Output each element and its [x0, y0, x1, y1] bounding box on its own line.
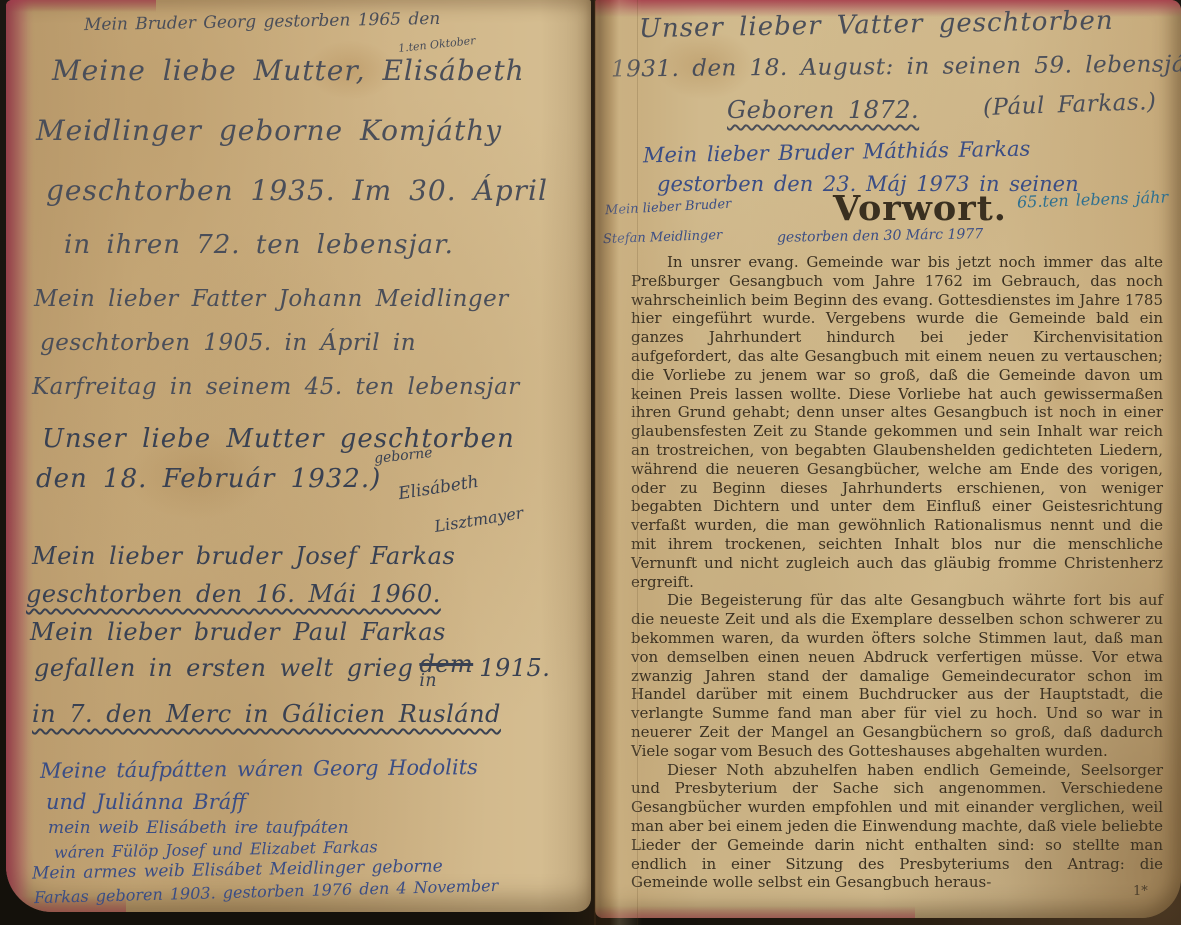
entry-godparents-line-2: und Juliánna Bráff	[46, 790, 246, 814]
entry-vatter-line-2: 1931. den 18. August: in seinen 59. lebe…	[611, 51, 1181, 82]
entry-mother2-note-3: Lisztmayer	[433, 503, 525, 536]
entry-mother2-line-2: den 18. Február 1932.)	[36, 464, 381, 494]
entry-mathias-line-2: gestorben den 23. Máj 1973 in seinen	[657, 172, 1079, 196]
red-page-edge-left	[6, 0, 34, 912]
entry-paul-line-1: Mein lieber bruder Paul Farkas	[30, 618, 446, 646]
ww1-post: 1915.	[479, 654, 550, 682]
red-page-edge-top-left	[6, 0, 156, 12]
entry-stefan-line-3: gestorben den 30 Márc 1977	[777, 226, 983, 246]
entry-mother2-line-1: Unser liebe Mutter geschtorben	[42, 424, 515, 454]
entry-vatter-line-3: Geboren 1872.	[727, 96, 919, 124]
ww1-pre: gefallen in ersten welt grieg	[34, 654, 413, 682]
entry-godparents-line-3: mein weib Elisábeth ire taufpáten	[48, 818, 349, 838]
entry-paul-ww1: gefallen in ersten welt griegdemin1915.	[34, 654, 550, 689]
gutter-crease	[594, 0, 596, 925]
entry-josef-line-2: geschtorben den 16. Mái 1960.	[26, 580, 441, 608]
entry-mathias-line-1: Mein lieber Bruder Máthiás Farkas	[643, 137, 1031, 168]
foreword-paragraph-3: Dieser Noth abzuhelfen haben endlich Gem…	[631, 761, 1163, 893]
gutter-crease-2	[637, 0, 638, 925]
entry-paul-ww1-line-2: in 7. den Merc in Gálicien Ruslánd	[32, 700, 501, 728]
signature-mark: 1*	[1133, 884, 1148, 899]
entry-father-line-2: geschtorben 1905. in Ápril in	[40, 330, 416, 356]
entry-georg-date-annotation: 1.ten Oktober	[398, 34, 476, 55]
entry-josef-line-1: Mein lieber bruder Josef Farkas	[32, 542, 455, 570]
right-page: Unser lieber Vatter geschtorben 1931. de…	[595, 0, 1181, 918]
entry-mother2-note-2: Elisábeth	[397, 472, 480, 504]
entry-vatter-name: (Pául Farkas.)	[983, 89, 1157, 121]
printed-foreword: In unsrer evang. Gemeinde war bis jetzt …	[631, 253, 1163, 903]
foreword-paragraph-1: In unsrer evang. Gemeinde war bis jetzt …	[631, 253, 1163, 591]
ww1-correction: in	[419, 674, 473, 689]
entry-godparents-line-1: Meine táufpátten wáren Georg Hodolits	[40, 755, 478, 783]
entry-mother-line-1: Meine liebe Mutter, Elisábeth	[52, 54, 525, 87]
entry-stefan-line-1: Mein lieber Bruder	[605, 197, 732, 219]
entry-mother-line-2: Meidlinger geborne Komjáthy	[36, 114, 502, 147]
entry-georg: Mein Bruder Georg gestorben 1965 den	[84, 9, 441, 35]
red-page-edge-bottom-right	[595, 906, 915, 918]
entry-vatter-line-1: Unser lieber Vatter geschtorben	[639, 6, 1114, 44]
entry-mother-line-4: in ihren 72. ten lebensjar.	[64, 230, 454, 260]
foreword-paragraph-2: Die Begeisterung für das alte Gesangbuch…	[631, 591, 1163, 760]
entry-father-line-1: Mein lieber Fatter Johann Meidlinger	[34, 286, 509, 312]
entry-father-line-3: Karfreitag in seinem 45. ten lebensjar	[32, 374, 520, 400]
left-page: Mein Bruder Georg gestorben 1965 den 1.t…	[6, 0, 591, 912]
entry-mathias-age: 65.ten lebens jáhr	[1017, 187, 1169, 211]
entry-mother-line-3: geschtorben 1935. Im 30. Ápril	[46, 174, 548, 207]
entry-stefan-line-2: Stefan Meidlinger	[603, 228, 723, 247]
